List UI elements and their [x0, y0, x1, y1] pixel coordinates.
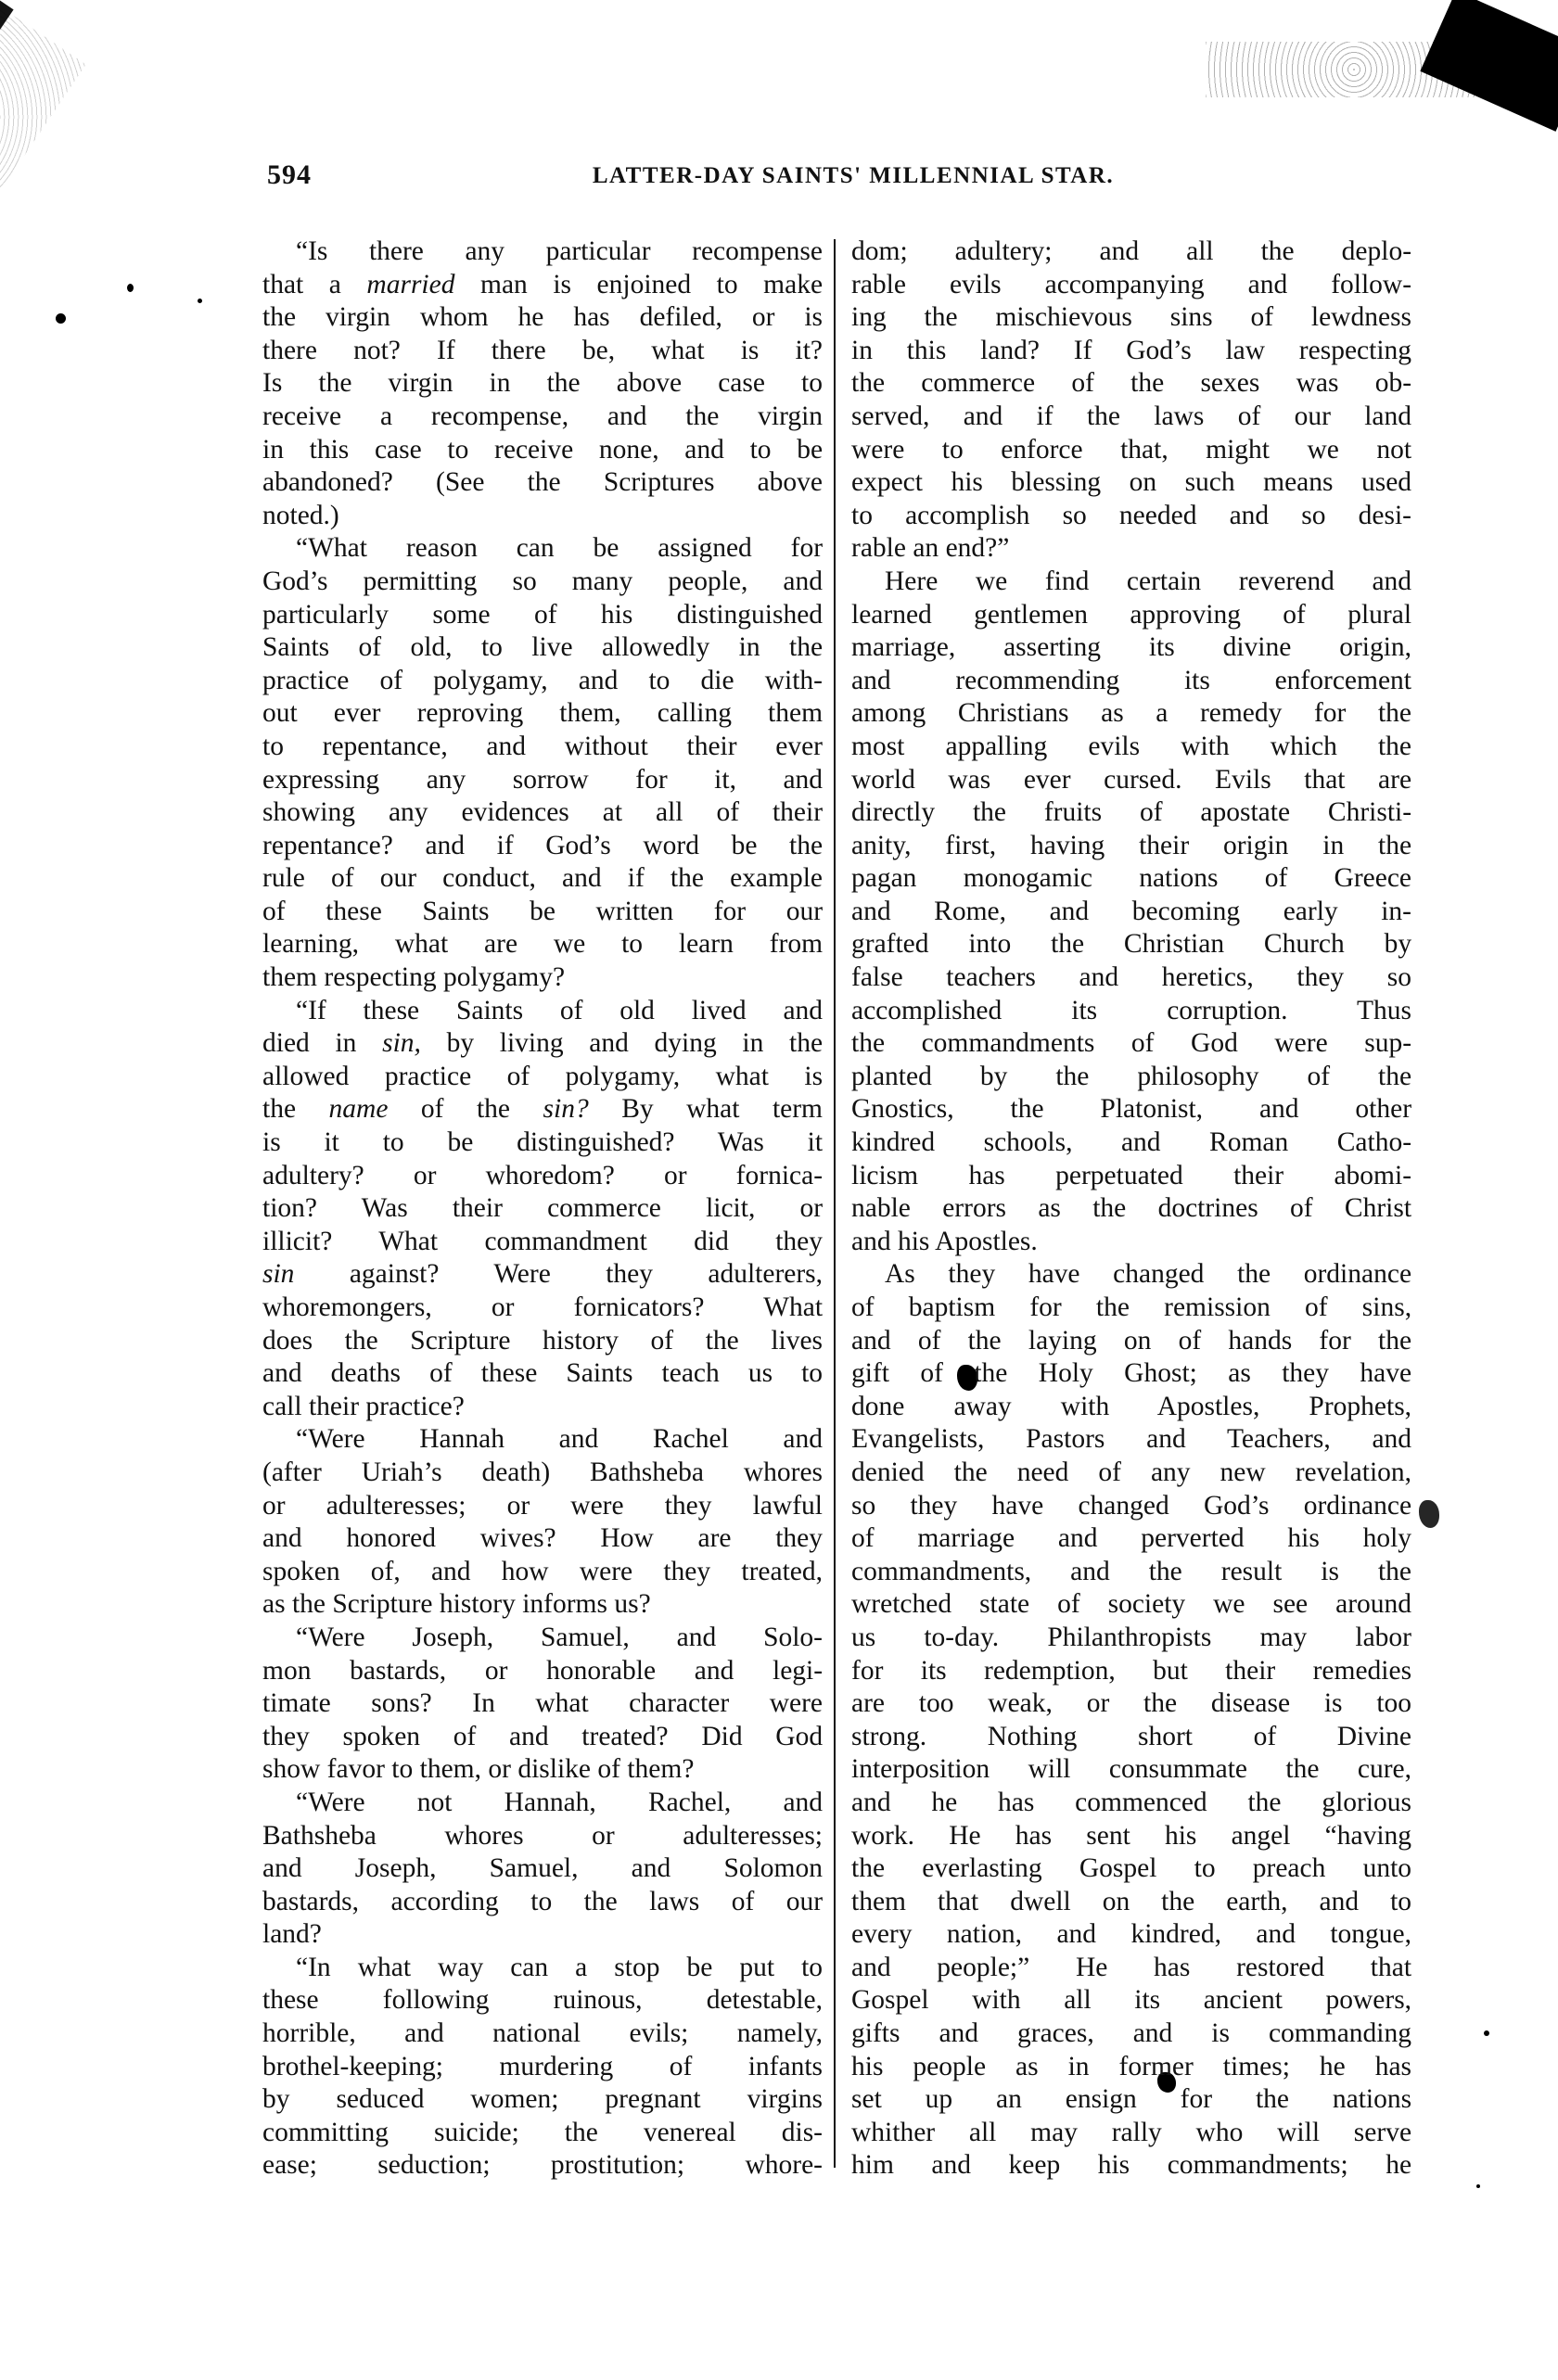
text-line: whither all may rally who will serve: [851, 2117, 1411, 2150]
text-line: the everlasting Gospel to preach unto: [851, 1852, 1411, 1886]
text-line: “Were Joseph, Samuel, and Solo-: [262, 1622, 823, 1655]
text-line: set up an ensign for the nations: [851, 2083, 1411, 2117]
text-line: Gospel with all its ancient powers,: [851, 1984, 1411, 2017]
text-line: commandments, and the result is the: [851, 1556, 1411, 1589]
text-line: in this case to receive none, and to be: [262, 434, 823, 467]
text-line: to repentance, and without their ever: [262, 731, 823, 764]
text-line: and his Apostles.: [851, 1226, 1411, 1259]
text-line: brothel-keeping; murdering of infants: [262, 2051, 823, 2084]
text-line: among Christians as a remedy for the: [851, 697, 1411, 731]
text-line: wretched state of society we see around: [851, 1588, 1411, 1622]
text-line: expressing any sorrow for it, and: [262, 764, 823, 797]
text-line: call their practice?: [262, 1391, 823, 1424]
text-line: adultery? or whoredom? or fornica-: [262, 1160, 823, 1193]
text-line: dom; adultery; and all the deplo-: [851, 235, 1411, 269]
text-line: ease; seduction; prostitution; whore-: [262, 2149, 823, 2183]
text-line: is it to be distinguished? Was it: [262, 1126, 823, 1160]
text-line: show favor to them, or dislike of them?: [262, 1753, 823, 1787]
text-line: timate sons? In what character were: [262, 1687, 823, 1721]
text-line: of these Saints be written for our: [262, 896, 823, 929]
text-line: Evangelists, Pastors and Teachers, and: [851, 1423, 1411, 1457]
text-line: these following ruinous, detestable,: [262, 1984, 823, 2017]
text-line: his people as in former times; he has: [851, 2051, 1411, 2084]
text-line: licism has perpetuated their abomi-: [851, 1160, 1411, 1193]
text-line: illicit? What commandment did they: [262, 1226, 823, 1259]
text-line: (after Uriah’s death) Bathsheba whores: [262, 1457, 823, 1490]
scan-dot: [127, 284, 134, 292]
text-line: pagan monogamic nations of Greece: [851, 862, 1411, 896]
scan-dot: [198, 299, 202, 303]
text-line: sin against? Were they adulterers,: [262, 1258, 823, 1292]
text-line: mon bastards, or honorable and legi-: [262, 1655, 823, 1688]
text-line: rule of our conduct, and if the example: [262, 862, 823, 896]
text-line: planted by the philosophy of the: [851, 1061, 1411, 1094]
column-divider: [834, 239, 836, 2168]
text-line: and he has commenced the glorious: [851, 1787, 1411, 1820]
text-line: Gnostics, the Platonist, and other: [851, 1093, 1411, 1126]
text-line: “In what way can a stop be put to: [262, 1952, 823, 1985]
text-line: gifts and graces, and is commanding: [851, 2017, 1411, 2051]
text-line: them that dwell on the earth, and to: [851, 1886, 1411, 1919]
text-line: bastards, according to the laws of our: [262, 1886, 823, 1919]
text-line: committing suicide; the venereal dis-: [262, 2117, 823, 2150]
text-line: receive a recompense, and the virgin: [262, 401, 823, 434]
text-line: served, and if the laws of our land: [851, 401, 1411, 434]
text-line: most appalling evils with which the: [851, 731, 1411, 764]
scan-dot: [1484, 2030, 1489, 2036]
text-line: ing the mischievous sins of lewdness: [851, 301, 1411, 335]
text-line: they spoken of and treated? Did God: [262, 1721, 823, 1754]
text-line: learned gentlemen approving of plural: [851, 599, 1411, 632]
text-line: God’s permitting so many people, and: [262, 566, 823, 599]
text-line: “Were Hannah and Rachel and: [262, 1423, 823, 1457]
page-header: 594 LATTER-DAY SAINTS' MILLENNIAL STAR.: [260, 159, 1410, 197]
running-title: LATTER-DAY SAINTS' MILLENNIAL STAR.: [260, 163, 1410, 189]
text-line: to accomplish so needed and so desi-: [851, 500, 1411, 533]
text-line: Here we find certain reverend and: [851, 566, 1411, 599]
text-line: marriage, asserting its divine origin,: [851, 631, 1411, 665]
text-line: done away with Apostles, Prophets,: [851, 1391, 1411, 1424]
text-line: and recommending its enforcement: [851, 665, 1411, 698]
text-line: abandoned? (See the Scriptures above: [262, 466, 823, 500]
text-line: of marriage and perverted his holy: [851, 1522, 1411, 1556]
text-line: nable errors as the doctrines of Christ: [851, 1192, 1411, 1226]
text-line: does the Scripture history of the lives: [262, 1325, 823, 1358]
text-line: there not? If there be, what is it?: [262, 335, 823, 368]
text-line: noted.): [262, 500, 823, 533]
text-line: grafted into the Christian Church by: [851, 928, 1411, 961]
text-line: accomplished its corruption. Thus: [851, 995, 1411, 1028]
text-line: the name of the sin? By what term: [262, 1093, 823, 1126]
text-line: and honored wives? How are they: [262, 1522, 823, 1556]
text-line: out ever reproving them, calling them: [262, 697, 823, 731]
scanned-page: 594 LATTER-DAY SAINTS' MILLENNIAL STAR. …: [0, 0, 1558, 2380]
text-line: Saints of old, to live allowedly in the: [262, 631, 823, 665]
text-line: by seduced women; pregnant virgins: [262, 2083, 823, 2117]
text-line: the commerce of the sexes was ob-: [851, 367, 1411, 401]
text-line: as the Scripture history informs us?: [262, 1588, 823, 1622]
text-line: “Were not Hannah, Rachel, and: [262, 1787, 823, 1820]
text-line: so they have changed God’s ordinance: [851, 1490, 1411, 1523]
text-line: kindred schools, and Roman Catho-: [851, 1126, 1411, 1160]
text-line: directly the fruits of apostate Christi-: [851, 796, 1411, 830]
text-line: whoremongers, or fornicators? What: [262, 1292, 823, 1325]
text-line: the commandments of God were sup-: [851, 1027, 1411, 1061]
text-line: spoken of, and how were they treated,: [262, 1556, 823, 1589]
text-line: expect his blessing on such means used: [851, 466, 1411, 500]
scan-shadow-top-left: [0, 0, 86, 341]
text-line: or adulteresses; or were they lawful: [262, 1490, 823, 1523]
text-line: false teachers and heretics, they so: [851, 961, 1411, 995]
text-line: horrible, and national evils; namely,: [262, 2017, 823, 2051]
text-line: practice of polygamy, and to die with-: [262, 665, 823, 698]
text-line: world was ever cursed. Evils that are: [851, 764, 1411, 797]
text-line: and Rome, and becoming early in-: [851, 896, 1411, 929]
text-line: and of the laying on of hands for the: [851, 1325, 1411, 1358]
scan-edge-top-right: [1420, 0, 1558, 132]
text-line: allowed practice of polygamy, what is: [262, 1061, 823, 1094]
text-line: them respecting polygamy?: [262, 961, 823, 995]
text-line: gift of the Holy Ghost; as they have: [851, 1357, 1411, 1391]
text-line: rable an end?”: [851, 532, 1411, 566]
text-line: Bathsheba whores or adulteresses;: [262, 1820, 823, 1853]
text-line: interposition will consummate the cure,: [851, 1753, 1411, 1787]
left-column: “Is there any particular recompensethat …: [262, 235, 823, 2183]
text-line: every nation, and kindred, and tongue,: [851, 1918, 1411, 1952]
text-line: died in sin, by living and dying in the: [262, 1027, 823, 1061]
text-line: showing any evidences at all of their: [262, 796, 823, 830]
text-line: Is the virgin in the above case to: [262, 367, 823, 401]
text-line: As they have changed the ordinance: [851, 1258, 1411, 1292]
text-line: repentance? and if God’s word be the: [262, 830, 823, 863]
text-line: learning, what are we to learn from: [262, 928, 823, 961]
text-line: in this land? If God’s law respecting: [851, 335, 1411, 368]
text-line: rable evils accompanying and follow-: [851, 269, 1411, 302]
text-line: him and keep his commandments; he: [851, 2149, 1411, 2183]
text-line: “What reason can be assigned for: [262, 532, 823, 566]
text-line: for its redemption, but their remedies: [851, 1655, 1411, 1688]
ink-blot: [1419, 1500, 1439, 1528]
text-line: work. He has sent his angel “having: [851, 1820, 1411, 1853]
text-line: and Joseph, Samuel, and Solomon: [262, 1852, 823, 1886]
text-line: denied the need of any new revelation,: [851, 1457, 1411, 1490]
right-column: dom; adultery; and all the deplo-rable e…: [851, 235, 1411, 2183]
text-line: anity, first, having their origin in the: [851, 830, 1411, 863]
text-line: land?: [262, 1918, 823, 1952]
scan-dot: [56, 313, 66, 324]
text-line: and deaths of these Saints teach us to: [262, 1357, 823, 1391]
text-line: tion? Was their commerce licit, or: [262, 1192, 823, 1226]
text-line: strong. Nothing short of Divine: [851, 1721, 1411, 1754]
text-line: are too weak, or the disease is too: [851, 1687, 1411, 1721]
text-line: that a married man is enjoined to make: [262, 269, 823, 302]
scan-dot: [1476, 2184, 1480, 2188]
text-line: were to enforce that, might we not: [851, 434, 1411, 467]
text-line: “If these Saints of old lived and: [262, 995, 823, 1028]
text-line: the virgin whom he has defiled, or is: [262, 301, 823, 335]
text-line: “Is there any particular recompense: [262, 235, 823, 269]
text-line: and people;” He has restored that: [851, 1952, 1411, 1985]
text-line: particularly some of his distinguished: [262, 599, 823, 632]
text-line: us to-day. Philanthropists may labor: [851, 1622, 1411, 1655]
text-line: of baptism for the remission of sins,: [851, 1292, 1411, 1325]
